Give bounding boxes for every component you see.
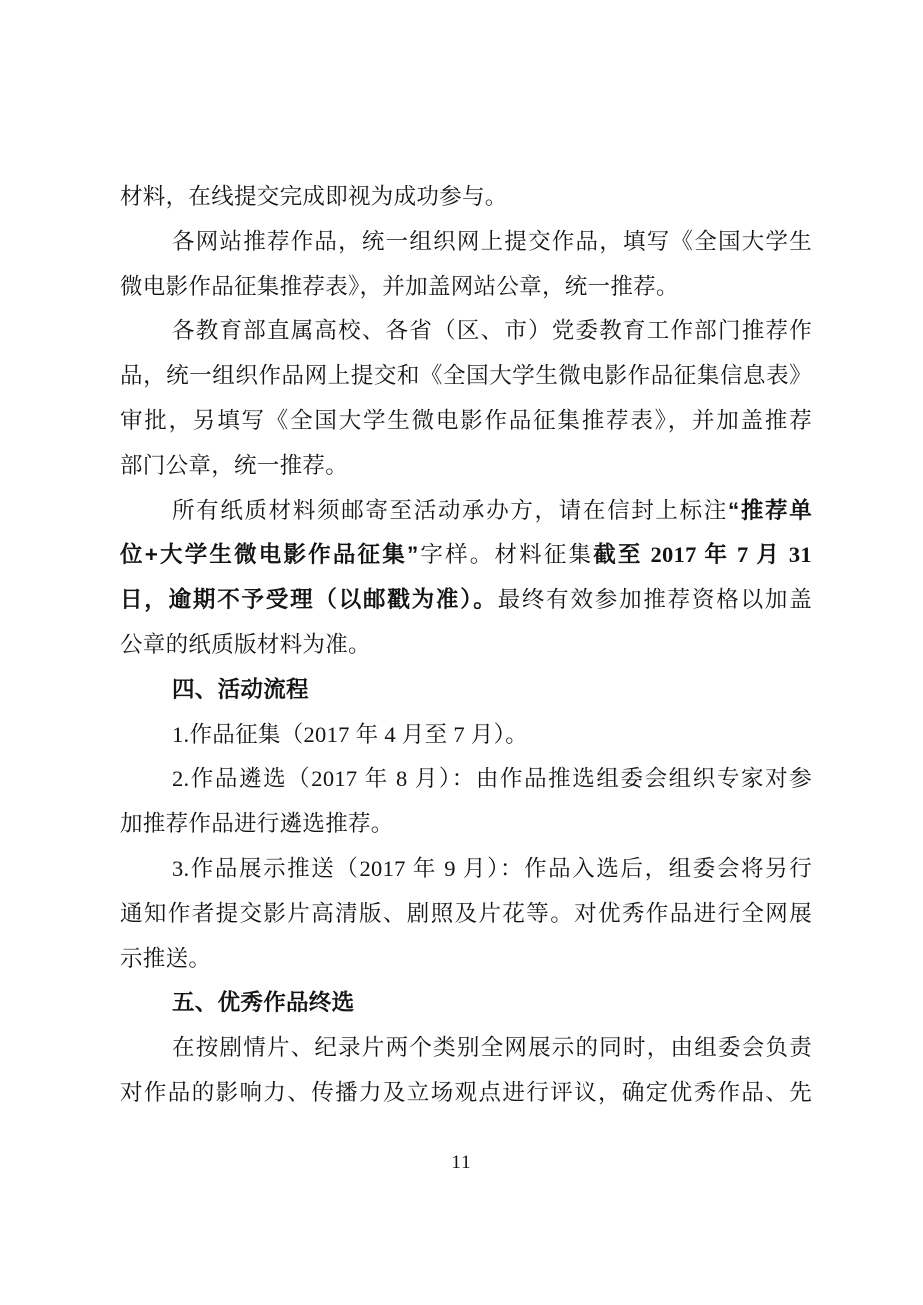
text-segment: 年 — [704, 542, 729, 567]
text-line: 1.作品征集（2017 年 4 月至 7 月）。 — [120, 713, 812, 758]
page-number: 11 — [0, 1152, 923, 1174]
text-line: 部门公章，统一推荐。 — [120, 444, 812, 489]
text-line: 对作品的影响力、传播力及立场观点进行评议，确定优秀作品、先 — [120, 1071, 812, 1116]
text-line: 五、优秀作品终选 — [120, 981, 812, 1026]
text-line: 3.作品展示推送（2017 年 9 月）：作品入选后，组委会将另行 — [120, 847, 812, 892]
text-line: 各网站推荐作品，统一组织网上提交作品，填写《全国大学生 — [120, 220, 812, 265]
text-line: 微电影作品征集推荐表》，并加盖网站公章，统一推荐。 — [120, 265, 812, 310]
text-line: 示推送。 — [120, 937, 812, 982]
text-segment: 通知作者提交影片高清版、剧照及片花等。对优秀作品进行全网展 — [120, 901, 812, 926]
text-segment: 31 — [781, 542, 812, 567]
text-segment: 各教育部直属高校、各省（区、市）党委教育工作部门推荐作 — [172, 318, 812, 343]
text-line: 2.作品遴选（2017 年 8 月）：由作品推选组委会组织专家对参 — [120, 757, 812, 802]
text-line: 各教育部直属高校、各省（区、市）党委教育工作部门推荐作 — [120, 309, 812, 354]
text-segment: 五、优秀作品终选 — [172, 990, 354, 1015]
text-segment: 字样。材料征集 — [419, 542, 594, 567]
text-segment: 截至 — [593, 542, 642, 567]
text-line: 四、活动流程 — [120, 668, 812, 713]
document-body: 材料，在线提交完成即视为成功参与。各网站推荐作品，统一组织网上提交作品，填写《全… — [120, 175, 812, 1116]
text-line: 在按剧情片、纪录片两个类别全网展示的同时，由组委会负责 — [120, 1026, 812, 1071]
text-segment: 日，逾期不予受理（以邮戳为准）。 — [120, 587, 498, 612]
text-segment: 1.作品征集（2017 年 4 月至 7 月）。 — [172, 722, 528, 747]
document-page: 材料，在线提交完成即视为成功参与。各网站推荐作品，统一组织网上提交作品，填写《全… — [0, 0, 923, 1305]
text-segment: 各网站推荐作品，统一组织网上提交作品，填写《全国大学生 — [172, 229, 812, 254]
text-line: 加推荐作品进行遴选推荐。 — [120, 802, 812, 847]
text-line: 审批，另填写《全国大学生微电影作品征集推荐表》，并加盖推荐 — [120, 399, 812, 444]
text-segment: 四、活动流程 — [172, 677, 309, 702]
text-line: 位+大学生微电影作品征集”字样。材料征集截至 2017 年 7 月 31 — [120, 533, 812, 578]
text-segment: 月 — [756, 542, 781, 567]
text-segment: 位+大学生微电影作品征集” — [120, 542, 419, 567]
text-segment: 7 — [729, 542, 756, 567]
text-line: 所有纸质材料须邮寄至活动承办方，请在信封上标注“推荐单 — [120, 489, 812, 534]
text-segment: “推荐单 — [728, 498, 812, 523]
text-segment: 最终有效参加推荐资格以加盖 — [498, 587, 812, 612]
text-segment: 示推送。 — [120, 946, 211, 971]
text-segment: 加推荐作品进行遴选推荐。 — [120, 811, 394, 836]
text-segment: 2.作品遴选（2017 年 8 月）：由作品推选组委会组织专家对参 — [172, 766, 812, 791]
text-segment: 审批，另填写《全国大学生微电影作品征集推荐表》，并加盖推荐 — [120, 408, 812, 433]
text-line: 品，统一组织作品网上提交和《全国大学生微电影作品征集信息表》 — [120, 354, 812, 399]
text-segment: 在按剧情片、纪录片两个类别全网展示的同时，由组委会负责 — [172, 1035, 812, 1060]
text-line: 通知作者提交影片高清版、剧照及片花等。对优秀作品进行全网展 — [120, 892, 812, 937]
text-segment: 所有纸质材料须邮寄至活动承办方，请在信封上标注 — [172, 498, 728, 523]
text-segment: 微电影作品征集推荐表》，并加盖网站公章，统一推荐。 — [120, 274, 679, 299]
text-segment: 对作品的影响力、传播力及立场观点进行评议，确定优秀作品、先 — [120, 1080, 812, 1105]
text-segment: 部门公章，统一推荐。 — [120, 453, 348, 478]
text-segment: 公章的纸质版材料为准。 — [120, 632, 371, 657]
text-segment: 品，统一组织作品网上提交和《全国大学生微电影作品征集信息表》 — [120, 363, 812, 388]
text-line: 材料，在线提交完成即视为成功参与。 — [120, 175, 812, 220]
text-segment: 材料，在线提交完成即视为成功参与。 — [120, 184, 508, 209]
text-segment: 3.作品展示推送（2017 年 9 月）：作品入选后，组委会将另行 — [172, 856, 812, 881]
text-line: 日，逾期不予受理（以邮戳为准）。最终有效参加推荐资格以加盖 — [120, 578, 812, 623]
text-segment: 2017 — [643, 542, 705, 567]
text-line: 公章的纸质版材料为准。 — [120, 623, 812, 668]
